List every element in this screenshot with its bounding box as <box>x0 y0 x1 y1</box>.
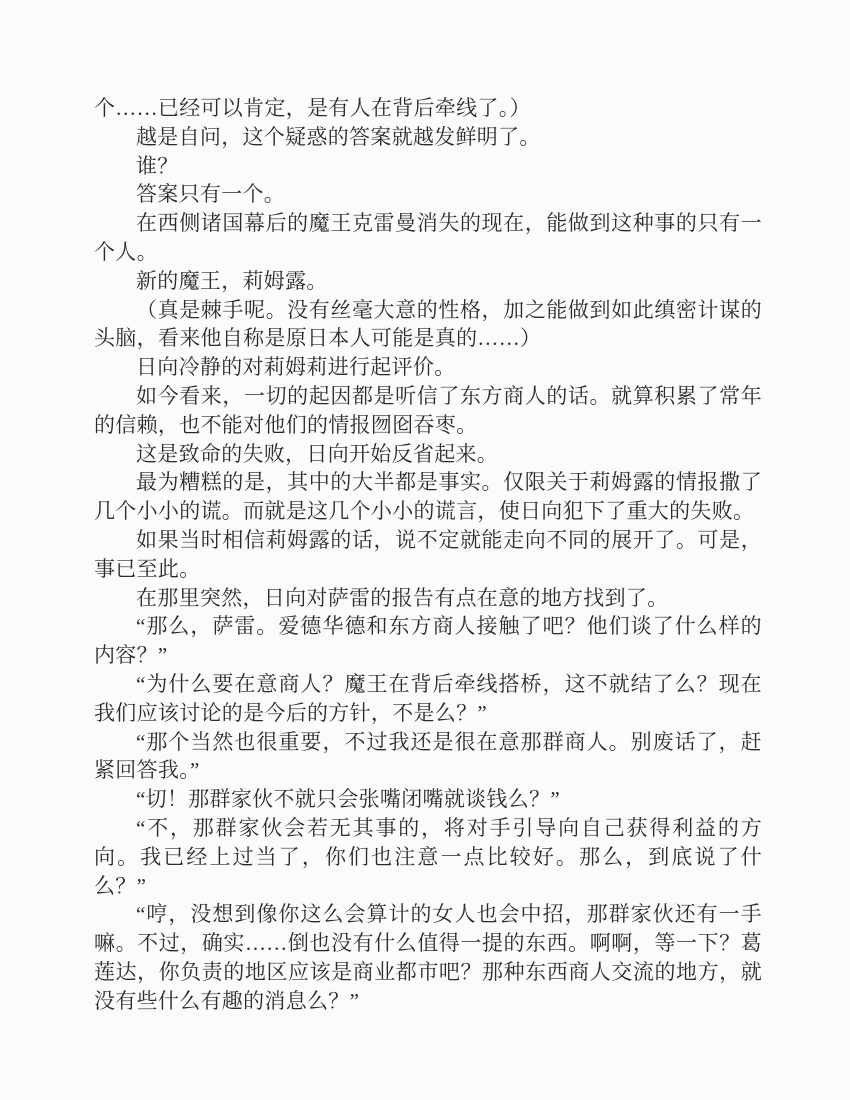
page-text-block: 个……已经可以肯定，是有人在背后牵线了。） 越是自问，这个疑惑的答案就越发鲜明了… <box>94 94 762 1016</box>
paragraph: 日向冷静的对莉姆莉进行起评价。 <box>94 353 762 382</box>
paragraph: “不，那群家伙会若无其事的，将对手引导向自己获得利益的方向。我已经上过当了，你们… <box>94 814 762 900</box>
novel-page: 个……已经可以肯定，是有人在背后牵线了。） 越是自问，这个疑惑的答案就越发鲜明了… <box>0 0 850 1100</box>
paragraph: 个……已经可以肯定，是有人在背后牵线了。） <box>94 94 762 123</box>
paragraph: 谁？ <box>94 152 762 181</box>
paragraph: 如果当时相信莉姆露的话，说不定就能走向不同的展开了。可是，事已至此。 <box>94 526 762 584</box>
paragraph: “那个当然也很重要，不过我还是很在意那群商人。别废话了，赶紧回答我。” <box>94 728 762 786</box>
paragraph: 越是自问，这个疑惑的答案就越发鲜明了。 <box>94 123 762 152</box>
paragraph: 如今看来，一切的起因都是听信了东方商人的话。就算积累了常年的信赖，也不能对他们的… <box>94 382 762 440</box>
paragraph: 这是致命的失败，日向开始反省起来。 <box>94 440 762 469</box>
paragraph: “那么，萨雷。爱德华德和东方商人接触了吧？他们谈了什么样的内容？” <box>94 612 762 670</box>
paragraph: 新的魔王，莉姆露。 <box>94 267 762 296</box>
paragraph: 在西侧诸国幕后的魔王克雷曼消失的现在，能做到这种事的只有一个人。 <box>94 209 762 267</box>
paragraph: 在那里突然，日向对萨雷的报告有点在意的地方找到了。 <box>94 584 762 613</box>
paragraph: 最为糟糕的是，其中的大半都是事实。仅限关于莉姆露的情报撒了几个小小的谎。而就是这… <box>94 468 762 526</box>
paragraph: “哼，没想到像你这么会算计的女人也会中招，那群家伙还有一手嘛。不过，确实……倒也… <box>94 900 762 1015</box>
paragraph: “为什么要在意商人？魔王在背后牵线搭桥，这不就结了么？现在我们应该讨论的是今后的… <box>94 670 762 728</box>
paragraph: （真是棘手呢。没有丝毫大意的性格，加之能做到如此缜密计谋的头脑，看来他自称是原日… <box>94 296 762 354</box>
paragraph: 答案只有一个。 <box>94 180 762 209</box>
paragraph: “切！那群家伙不就只会张嘴闭嘴就谈钱么？” <box>94 785 762 814</box>
